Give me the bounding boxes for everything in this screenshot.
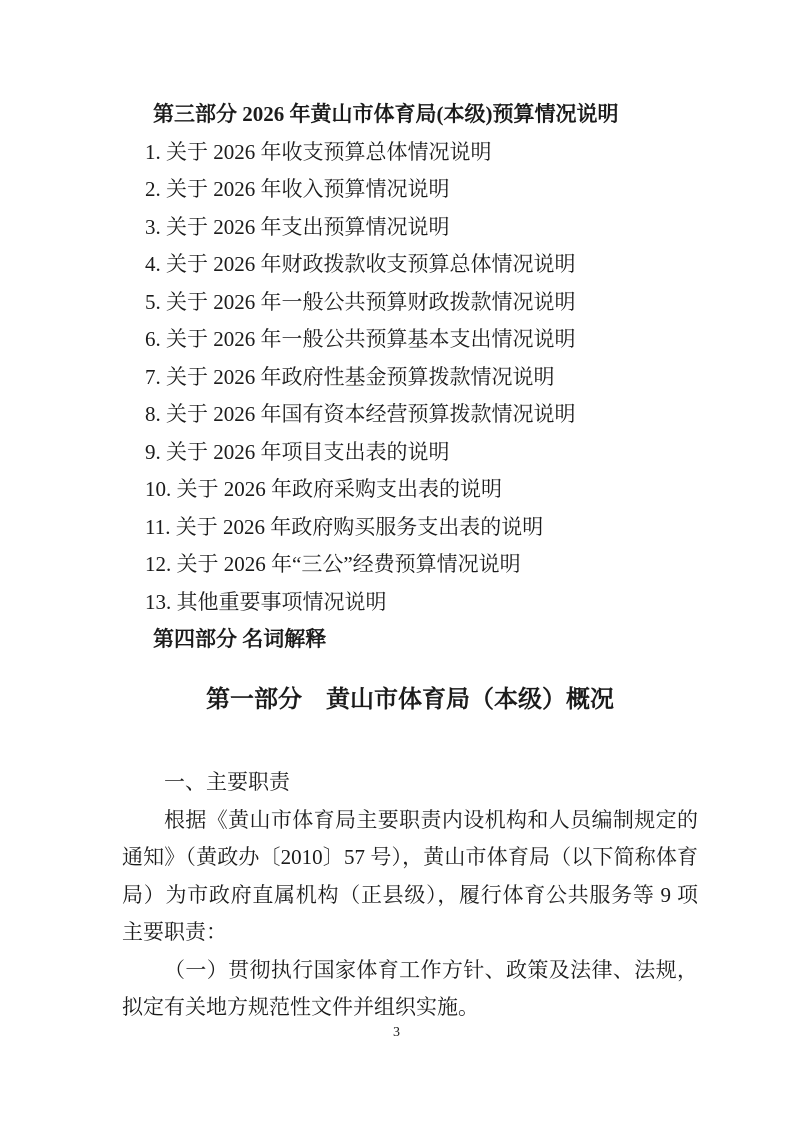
toc-item: 3. 关于 2026 年支出预算情况说明 (122, 209, 698, 247)
page-number: 3 (0, 1024, 793, 1042)
page-content: 第三部分 2026 年黄山市体育局(本级)预算情况说明 1. 关于 2026 年… (122, 96, 698, 1027)
document-page: 第三部分 2026 年黄山市体育局(本级)预算情况说明 1. 关于 2026 年… (0, 0, 793, 1122)
body-paragraph: 根据《黄山市体育局主要职责内设机构和人员编制规定的通知》（黄政办〔2010〕57… (122, 802, 698, 952)
toc-part3-heading: 第三部分 2026 年黄山市体育局(本级)预算情况说明 (122, 96, 698, 134)
toc-item: 2. 关于 2026 年收入预算情况说明 (122, 171, 698, 209)
toc-item: 8. 关于 2026 年国有资本经营预算拨款情况说明 (122, 396, 698, 434)
section-title: 第一部分 黄山市体育局（本级）概况 (122, 682, 698, 718)
body-paragraph: （一）贯彻执行国家体育工作方针、政策及法律、法规，拟定有关地方规范性文件并组织实… (122, 952, 698, 1027)
toc-item: 1. 关于 2026 年收支预算总体情况说明 (122, 134, 698, 172)
toc-item: 13. 其他重要事项情况说明 (122, 584, 698, 622)
toc-item: 10. 关于 2026 年政府采购支出表的说明 (122, 471, 698, 509)
toc-item: 4. 关于 2026 年财政拨款收支预算总体情况说明 (122, 246, 698, 284)
toc-item: 6. 关于 2026 年一般公共预算基本支出情况说明 (122, 321, 698, 359)
toc-item: 11. 关于 2026 年政府购买服务支出表的说明 (122, 509, 698, 547)
toc-item: 9. 关于 2026 年项目支出表的说明 (122, 434, 698, 472)
toc-part4-heading: 第四部分 名词解释 (122, 621, 698, 659)
subsection-title: 一、主要职责 (122, 764, 698, 802)
toc-item: 12. 关于 2026 年“三公”经费预算情况说明 (122, 546, 698, 584)
toc-item: 5. 关于 2026 年一般公共预算财政拨款情况说明 (122, 284, 698, 322)
toc-item: 7. 关于 2026 年政府性基金预算拨款情况说明 (122, 359, 698, 397)
table-of-contents: 第三部分 2026 年黄山市体育局(本级)预算情况说明 1. 关于 2026 年… (122, 96, 698, 659)
